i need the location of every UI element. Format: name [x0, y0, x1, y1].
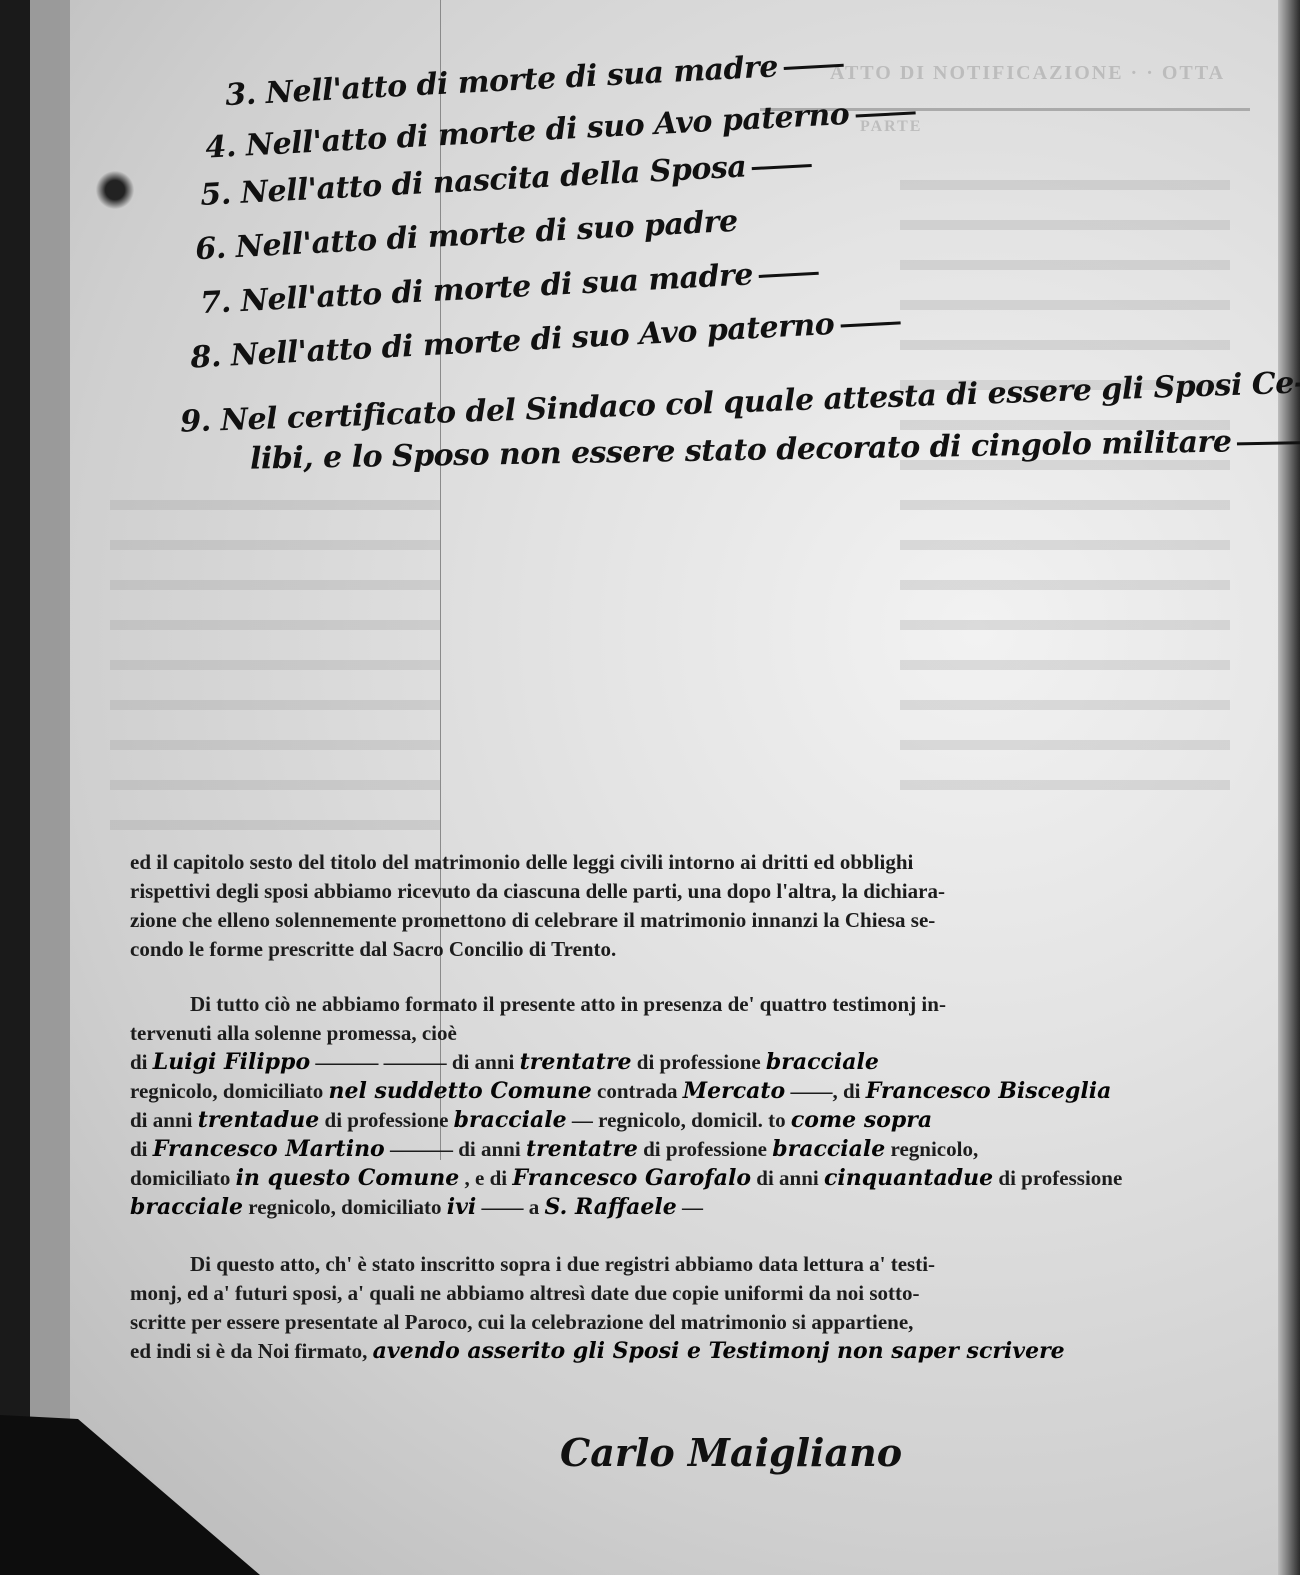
witness-2-name: Francesco Bisceglia: [866, 1078, 1112, 1104]
printed-line: Di questo atto, ch' è stato inscritto so…: [130, 1250, 1230, 1279]
witness-4-street: S. Raffaele: [545, 1194, 677, 1220]
witness-4-name: Francesco Garofalo: [512, 1165, 751, 1191]
bleedthrough-text-left: [110, 500, 440, 830]
witness-4-domicile: ivi: [447, 1194, 477, 1220]
closing-paragraph: Di questo atto, ch' è stato inscritto so…: [130, 1250, 1230, 1366]
witness-2-age: trentadue: [198, 1107, 320, 1133]
witness-3-4-line: domiciliato in questo Comune , e di Fran…: [130, 1164, 1230, 1193]
printed-line: Di tutto ciò ne abbiamo formato il prese…: [130, 990, 1230, 1019]
witness-4-profession: bracciale: [130, 1194, 243, 1220]
witness-1-2-line: regnicolo, domiciliato nel suddetto Comu…: [130, 1077, 1230, 1106]
printed-line: rispettivi degli sposi abbiamo ricevuto …: [130, 877, 1230, 906]
printed-line: zione che elleno solennemente promettono…: [130, 906, 1230, 935]
witness-4-line: bracciale regnicolo, domiciliato ivi —— …: [130, 1193, 1230, 1222]
witness-3-name: Francesco Martino: [153, 1136, 385, 1162]
bleedthrough-header: ATTO DI NOTIFICAZIONE · · OTTA: [830, 62, 1225, 85]
witness-4-age: cinquantadue: [824, 1165, 993, 1191]
witness-1-age: trentatre: [520, 1049, 632, 1075]
witness-1-domicile: nel suddetto Comune: [329, 1078, 592, 1104]
witness-2-line: di anni trentadue di professione braccia…: [130, 1106, 1230, 1135]
closing-last-line: ed indi si è da Noi firmato, avendo asse…: [130, 1337, 1230, 1366]
witness-1-profession: bracciale: [766, 1049, 879, 1075]
book-spine-shadow: [1278, 0, 1300, 1575]
official-signature: Carlo Maigliano: [560, 1430, 902, 1475]
witness-3-line: di Francesco Martino ——— di anni trentat…: [130, 1135, 1230, 1164]
witness-3-profession: bracciale: [772, 1136, 885, 1162]
witnesses-paragraph: Di tutto ciò ne abbiamo formato il prese…: [130, 990, 1230, 1222]
handwritten-closing-note: avendo asserito gli Sposi e Testimonj no…: [373, 1338, 1065, 1364]
witness-3-age: trentatre: [526, 1136, 638, 1162]
printed-line: scritte per essere presentate al Paroco,…: [130, 1308, 1230, 1337]
printed-line: monj, ed a' futuri sposi, a' quali ne ab…: [130, 1279, 1230, 1308]
witness-1-street: Mercato: [683, 1078, 785, 1104]
printed-line: ed il capitolo sesto del titolo del matr…: [130, 848, 1230, 877]
witness-1-name: Luigi Filippo: [153, 1049, 310, 1075]
bleedthrough-text-right: [900, 180, 1230, 800]
witness-3-domicile: in questo Comune: [236, 1165, 460, 1191]
printed-line: condo le forme prescritte dal Sacro Conc…: [130, 935, 1230, 964]
witness-2-profession: bracciale: [454, 1107, 567, 1133]
witness-1-line: di Luigi Filippo ——— ——— di anni trentat…: [130, 1048, 1230, 1077]
witness-2-domicile: come sopra: [791, 1107, 932, 1133]
printed-paragraph-1: ed il capitolo sesto del titolo del matr…: [130, 848, 1230, 964]
printed-line: tervenuti alla solenne promessa, cioè: [130, 1019, 1230, 1048]
